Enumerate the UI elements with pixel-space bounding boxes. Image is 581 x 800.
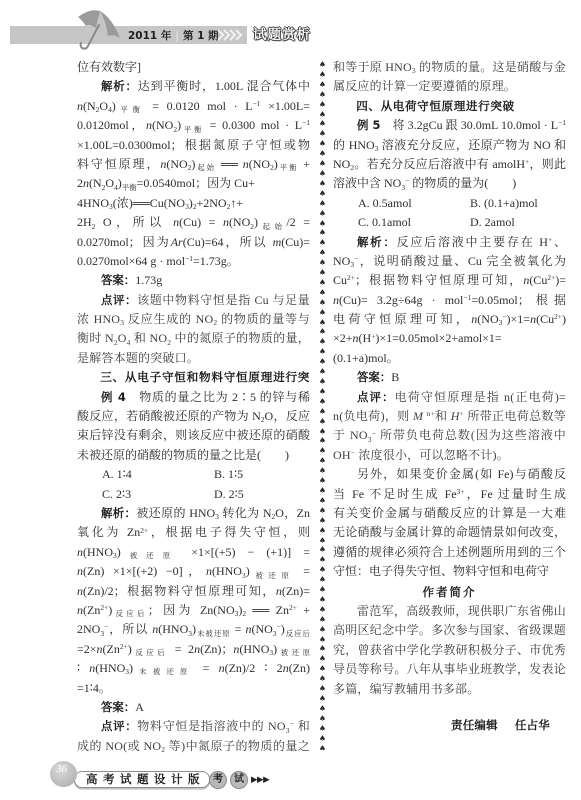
text-line: 成的 NO(或 NO2 等)中氮原子的物质的量之: [77, 737, 310, 756]
chevron-arrows-icon: [216, 28, 244, 42]
text-line: 2NO3−，所以 n(HNO3)未被还原 = n(NO3−)反应后: [77, 620, 310, 639]
text-line: 衡时 N2O4 和 NO2 中的氮原子的物质的量，这: [77, 329, 310, 348]
text-line: 和等于原 HNO3 的物质的量。这是硝酸与金: [333, 58, 566, 77]
author-bio-line: 雷范军，高级教师，现供职广东省佛山市: [333, 602, 566, 621]
text-line: OH− 浓度很小，可以忽略不计)。: [333, 446, 566, 465]
text-line: 的 HNO3 溶液充分反应，还原产物为 NO 和: [333, 136, 566, 155]
text-line: 遵循的规律必须符合上述例题所用到的三个: [333, 543, 566, 562]
answer-options-row: A. 1∶4 B. 1∶5: [77, 465, 310, 484]
column-title: 试题赏析: [253, 26, 311, 44]
answer-options-row: C. 2∶3 D. 2∶5: [77, 485, 310, 504]
option-c: C. 2∶3: [102, 485, 131, 504]
option-c: C. 0.1amol: [358, 213, 411, 232]
option-b: B. 1∶5: [214, 465, 243, 484]
text-line: =1∶4。: [77, 679, 310, 698]
author-bio-heading: 作者简介: [333, 583, 566, 602]
text-line: NO2。若充分反应后溶液中有 amolH+，则此时: [333, 155, 566, 174]
text-line: 位有效数字]: [77, 58, 310, 77]
section-heading: 三、从电子守恒和物料守恒原理进行突破: [77, 368, 310, 387]
right-column: 和等于原 HNO3 的物质的量。这是硝酸与金 属反应的计算一定要遵循的原理。 四…: [333, 58, 566, 737]
comment-paragraph: 点评：该题中物料守恒是指 Cu 与足量的: [77, 291, 310, 310]
answer-line: 答案：B: [333, 368, 566, 387]
issue-number: 第 1 期: [183, 30, 219, 42]
text-line: Cu2+；根据物料守恒原理可知，n(Cu2+)=: [333, 271, 566, 290]
text-line: n(N2O4)平衡 = 0.0120 mol · L−1 ×1.00L=: [77, 97, 310, 116]
text-line: 溶液中含 NO3− 的物质的量为( ): [333, 174, 566, 193]
section-heading: 四、从电荷守恒原理进行突破: [333, 97, 566, 116]
analysis-paragraph: 解析：达到平衡时，1.00L 混合气体中: [77, 77, 310, 96]
option-a: A. 1∶4: [102, 465, 132, 484]
analysis-paragraph: 解析：反应后溶液中主要存在 H+、Cu2+、: [333, 233, 566, 252]
text-line: 浓 HNO3 反应生成的 NO2 的物质的量等与平: [77, 310, 310, 329]
option-a: A. 0.5amol: [358, 194, 412, 213]
text-line: 是解答本题的突破口。: [77, 349, 310, 368]
text-line: 无论硝酸与金属计算的命题情景如何改变，所: [333, 523, 566, 542]
option-d: D. 2∶5: [214, 485, 244, 504]
option-d: D. 2amol: [470, 213, 515, 232]
text-line: 当 Fe 不足时生成 Fe3+，Fe 过量时生成 Fe2+，: [333, 485, 566, 504]
text-line: n(Cu)= 3.2g÷64g · mol−1=0.05mol；根据: [333, 291, 566, 310]
text-line: 0.0120mol，n(NO2)平衡 = 0.0300 mol · L−1: [77, 116, 310, 135]
editor-label: 责任编辑: [451, 720, 498, 732]
answer-options-row: C. 0.1amol D. 2amol: [333, 213, 566, 232]
text-line: 有关变价金属与硝酸反应的计算是一大难点。: [333, 504, 566, 523]
author-bio-line: 究，曾获省中学化学教研积极分子、市优秀辅: [333, 641, 566, 660]
text-line: 电荷守恒原理可知，n(NO3−)×1=n(Cu2+): [333, 310, 566, 329]
text-line: n(Zn) ×1×[(+2) −0]，n(HNO3)被还原 =: [77, 562, 310, 581]
text-line: NO3−，说明硝酸过量、Cu 完全被氧化为: [333, 252, 566, 271]
text-line: n(Zn)/2；根据物料守恒原理可知，n(Zn)=: [77, 582, 310, 601]
text-line: 于 NO3− 所带负电荷总数(因为这些溶液中: [333, 426, 566, 445]
author-bio-line: 多篇，编写教辅用书多部。: [333, 680, 566, 699]
triple-arrow-icon: ▶▶▶: [251, 771, 269, 789]
left-column: 位有效数字] 解析：达到平衡时，1.00L 混合气体中 n(N2O4)平衡 = …: [77, 58, 310, 756]
umbrella-logo-icon: [68, 6, 128, 52]
text-line: 酸反应，若硝酸被还原的产物为 N2O，反应结: [77, 407, 310, 426]
example-question: 例 4 物质的量之比为 2∶5 的锌与稀硝: [77, 388, 310, 407]
text-line: 料守恒原理，n(NO2)起始 ══ n(NO2)平衡 +: [77, 155, 310, 174]
answer-options-row: A. 0.5amol B. (0.1+a)mol: [333, 194, 566, 213]
text-line: n(Zn2+)反应后；因为 Zn(NO3)2 ══ Zn2+ +: [77, 601, 310, 620]
issue-separator: |: [175, 30, 179, 42]
text-line: ∶ n(HNO3)未被还原 = n(Zn)/2 ∶ 2n(Zn): [77, 659, 310, 678]
page-number-badge: 36: [50, 761, 77, 787]
text-line: 未被还原的硝酸的物质的量之比是( ): [77, 446, 310, 465]
page-number: 36: [56, 763, 67, 775]
brand-char-badge: 考: [209, 771, 227, 789]
text-line: 0.0270mol；因为Ar(Cu)=64，所以 m(Cu)=: [77, 233, 310, 252]
editor-name: 任占华: [515, 720, 550, 732]
summary-paragraph: 另外，如果变价金属(如 Fe)与硝酸反应，: [333, 465, 566, 484]
answer-line: 答案：A: [77, 698, 310, 717]
text-line: 守恒：电子得失守恒、物料守恒和电荷守恒。: [333, 562, 566, 581]
equation-line: 4HNO3(浓)══Cu(NO3)2+2NO2↑+: [77, 194, 310, 213]
answer-line: 答案：1.73g: [77, 271, 310, 290]
text-line: 氧化为 Zn2+，根据电子得失守恒，则: [77, 523, 310, 542]
text-line: 2n(N2O4)平衡=0.0540mol；因为 Cu+: [77, 174, 310, 193]
text-line: 束后锌没有剩余，则该反应中被还原的硝酸与: [77, 426, 310, 445]
edition-label: 高考试题设计版: [86, 771, 205, 788]
author-bio-line: 导员等称号。八年从事毕业班教学，发表论文: [333, 660, 566, 679]
text-line: ×2+n(H+)×1=0.05mol×2+amol×1=: [333, 329, 566, 348]
example-question: 例 5 将 3.2gCu 跟 30.0mL 10.0mol · L−1: [333, 116, 566, 135]
analysis-paragraph: 解析：被还原的 HNO3 转化为 N2O，Zn 被: [77, 504, 310, 523]
text-line: 属反应的计算一定要遵循的原理。: [333, 77, 566, 96]
text-line: n(负电荷)，则 M n+和 H+ 所带正电荷总数等: [333, 407, 566, 426]
comment-paragraph: 点评：物料守恒是指溶液中的 NO3− 和生: [77, 717, 310, 736]
comment-paragraph: 点评：电荷守恒原理是指 n(正电荷)=: [333, 388, 566, 407]
text-line: (0.1+a)mol。: [333, 349, 566, 368]
text-line: n(HNO3)被还原 ×1×[(+5) − (+1)] =: [77, 543, 310, 562]
text-line: 0.0270mol×64 g · mol−1=1.73g。: [77, 252, 310, 271]
text-line: =2×n(Zn2+)反应后 = 2n(Zn)；n(HNO3)被还原: [77, 640, 310, 659]
issue-label: 2011 年|第 1 期: [128, 27, 219, 45]
text-line: ×1.00L=0.0300mol；根据氮原子守恒或物: [77, 136, 310, 155]
editor-credit: 责任编辑任占华: [333, 717, 566, 736]
brand-char-badge: 试: [230, 771, 248, 789]
text-line: 2H2 O，所以 n(Cu) = n(NO2)起始/2 =: [77, 213, 310, 232]
author-bio-line: 高明区纪念中学。多次参与国家、省级课题研: [333, 621, 566, 640]
column-divider: [318, 60, 327, 750]
issue-year: 2011 年: [128, 30, 171, 42]
option-b: B. (0.1+a)mol: [470, 194, 538, 213]
